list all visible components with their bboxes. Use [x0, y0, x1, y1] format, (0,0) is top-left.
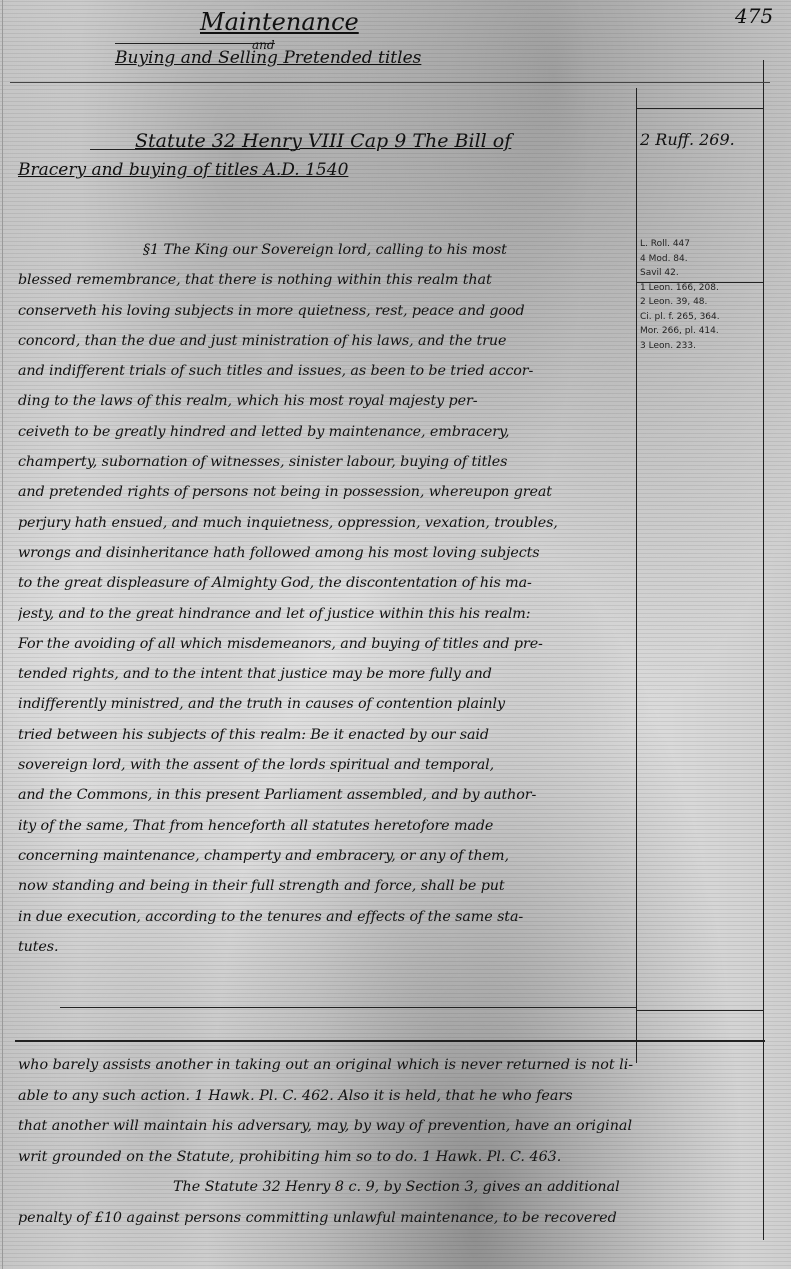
manuscript-page: Maintenance 475 and Buying and Selling P…	[0, 0, 791, 1269]
citation: Mor. 266, pl. 414.	[640, 324, 720, 339]
text-line: able to any such action. 1 Hawk. Pl. C. …	[18, 1081, 773, 1112]
text-line: For the avoiding of all which misdemeano…	[18, 629, 633, 659]
lower-section-text: who barely assists another in taking out…	[18, 1050, 773, 1233]
text-line: champerty, subornation of witnesses, sin…	[18, 447, 633, 477]
text-line: who barely assists another in taking out…	[18, 1050, 773, 1081]
citation: L. Roll. 447	[640, 237, 720, 252]
text-line: tutes.	[18, 932, 633, 962]
text-line: tended rights, and to the intent that ju…	[18, 659, 633, 689]
text-line: and pretended rights of persons not bein…	[18, 477, 633, 507]
citation: Ci. pl. f. 265, 364.	[640, 310, 720, 325]
citation: 2 Leon. 39, 48.	[640, 295, 720, 310]
margin-box-top-rule	[636, 108, 764, 109]
text-line: in due execution, according to the tenur…	[18, 902, 633, 932]
text-line: sovereign lord, with the assent of the l…	[18, 750, 633, 780]
margin-rule-left	[636, 88, 637, 1063]
statute-heading-continued: Bracery and buying of titles A.D. 1540	[18, 160, 348, 180]
margin-citations: L. Roll. 447 4 Mod. 84. Savil 42. 1 Leon…	[640, 237, 720, 353]
text-line: penalty of £10 against persons committin…	[18, 1203, 773, 1234]
text-line: and indifferent trials of such titles an…	[18, 356, 633, 386]
page-number: 475	[735, 4, 773, 28]
citation: 1 Leon. 166, 208.	[640, 281, 720, 296]
text-line: that another will maintain his adversary…	[18, 1111, 773, 1142]
text-line: to the great displeasure of Almighty God…	[18, 568, 633, 598]
page-title: Maintenance	[200, 8, 359, 36]
title-underline-rule	[115, 43, 275, 44]
text-line: ding to the laws of this realm, which hi…	[18, 386, 633, 416]
citation: Savil 42.	[640, 266, 720, 281]
text-line: jesty, and to the great hindrance and le…	[18, 599, 633, 629]
statute-reference: 2 Ruff. 269.	[640, 130, 735, 149]
text-line: tried between his subjects of this realm…	[18, 720, 633, 750]
text-line: wrongs and disinheritance hath followed …	[18, 538, 633, 568]
margin-box-bottom-rule	[636, 1010, 764, 1011]
text-line: §1 The King our Sovereign lord, calling …	[18, 235, 633, 265]
text-line: writ grounded on the Statute, prohibitin…	[18, 1142, 773, 1173]
text-line: The Statute 32 Henry 8 c. 9, by Section …	[18, 1172, 773, 1203]
text-line: perjury hath ensued, and much inquietnes…	[18, 508, 633, 538]
page-subtitle: Buying and Selling Pretended titles	[115, 48, 421, 68]
page-section-divider	[15, 1040, 765, 1042]
citation: 3 Leon. 233.	[640, 339, 720, 354]
statute-heading: Statute 32 Henry VIII Cap 9 The Bill of	[135, 130, 511, 152]
text-line: conserveth his loving subjects in more q…	[18, 296, 633, 326]
subtitle-rule	[10, 82, 770, 83]
section-1-text: §1 The King our Sovereign lord, calling …	[18, 235, 633, 962]
section-end-rule	[60, 1007, 636, 1008]
text-line: ceiveth to be greatly hindred and letted…	[18, 417, 633, 447]
text-line: indifferently ministred, and the truth i…	[18, 689, 633, 719]
text-line: blessed remembrance, that there is nothi…	[18, 265, 633, 295]
text-line: and the Commons, in this present Parliam…	[18, 780, 633, 810]
left-edge-rule	[2, 0, 3, 1269]
text-line: concord, than the due and just ministrat…	[18, 326, 633, 356]
text-line: ity of the same, That from henceforth al…	[18, 811, 633, 841]
text-line: concerning maintenance, champerty and em…	[18, 841, 633, 871]
citation: 4 Mod. 84.	[640, 252, 720, 267]
text-line: now standing and being in their full str…	[18, 871, 633, 901]
